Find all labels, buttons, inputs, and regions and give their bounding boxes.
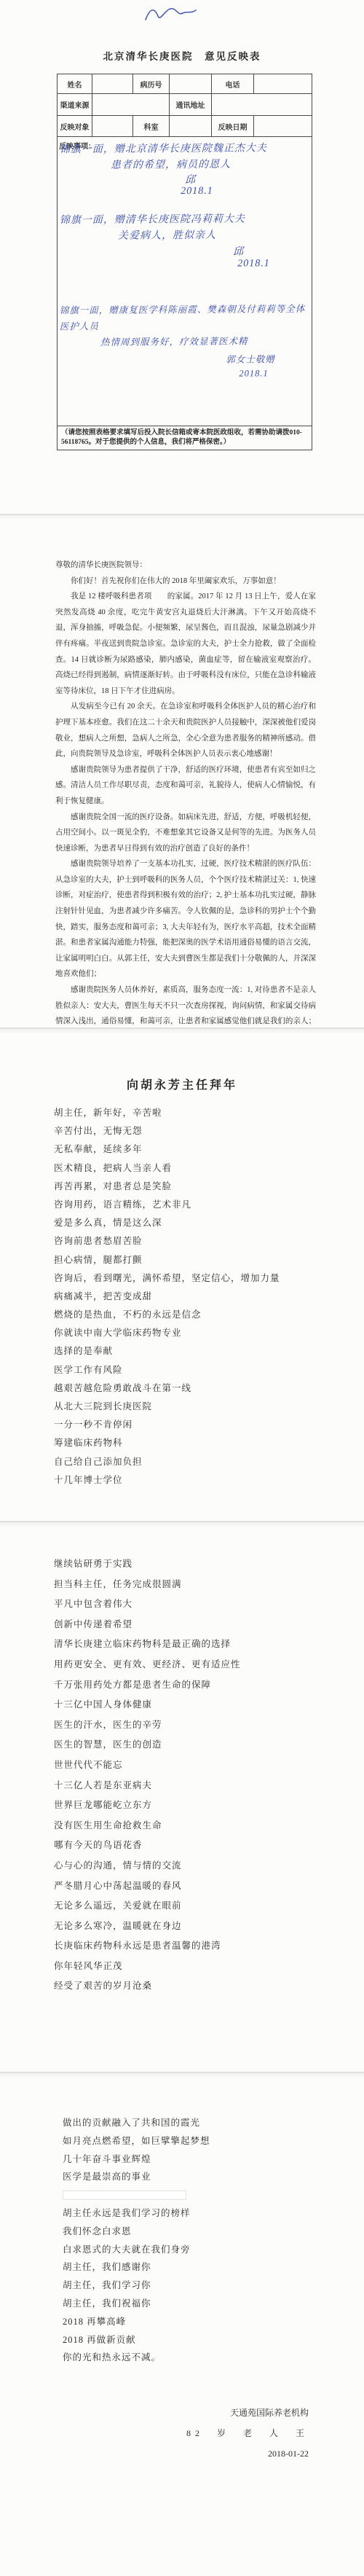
signature-author: 82 岁 老 人 王 bbox=[186, 2423, 309, 2443]
entry-signature: 郭女士敬赠 bbox=[226, 352, 309, 367]
field-label-name: 姓名 bbox=[58, 74, 92, 94]
form-title: 北京清华长庚医院 意见反映表 bbox=[0, 48, 364, 63]
poem-line: 我们怀念白求恩 bbox=[63, 2223, 342, 2241]
field-label-feedback-date: 反映日期 bbox=[212, 116, 254, 137]
field-value-department bbox=[170, 116, 212, 137]
poem-line: 你年轻风华正茂 bbox=[54, 1957, 342, 1977]
field-label-department: 科室 bbox=[133, 116, 170, 137]
poem-line: 胡主任永远是我们学习的榜样 bbox=[63, 2204, 342, 2223]
poem-line: 燃烧的是热血，不朽的永远是信念 bbox=[54, 1306, 342, 1324]
field-label-phone: 电话 bbox=[212, 74, 254, 94]
poem-line: 自己给自己添加负担 bbox=[54, 1453, 342, 1471]
thank-you-letter-page: 尊敬的清华长庚医院领导： 你们好！首先祝你们在伟大的 2018 年里阖家欢乐，万… bbox=[0, 514, 364, 1027]
poem-line: 越艰苦越危险勇敢战斗在第一线 bbox=[54, 1379, 342, 1398]
poem-lines: 做出的贡献融入了共和国的霞光如月亮点燃希望，如巨擘擎起梦想几十年奋斗事业辉煌医学… bbox=[0, 2114, 364, 2186]
poem-line: 世世代代不能忘 bbox=[54, 1755, 342, 1776]
poem-line: 选择的是奉献 bbox=[54, 1342, 342, 1361]
poem-line: 胡主任，我们祝福你 bbox=[63, 2295, 342, 2313]
poem-line: 白求恩式的大夫就在我们身旁 bbox=[63, 2241, 342, 2259]
entry-line: 锦旗一面，赠北京清华长庚医院魏正杰大夫 bbox=[60, 141, 309, 158]
entry-signature: 邱 bbox=[185, 174, 309, 186]
poem-title: 向胡永芳主任拜年 bbox=[0, 1076, 364, 1092]
field-value-channel bbox=[92, 94, 170, 116]
poem-lines: 胡主任，新年好，辛苦啦辛苦付出，无悔无怨无私奉献，延续多年医术精良，把病人当亲人… bbox=[0, 1104, 364, 1489]
poem-line: 世界巨龙哪能屹立东方 bbox=[54, 1796, 342, 1816]
poem-page-3: 做出的贡献融入了共和国的霞光如月亮点燃希望，如巨擘擎起梦想几十年奋斗事业辉煌医学… bbox=[0, 2072, 364, 2576]
poem-line: 筹建临床药物科 bbox=[54, 1434, 342, 1452]
scanned-document: 北京清华长庚医院 意见反映表 姓名 病历号 电话 渠道来源 通讯地址 bbox=[0, 0, 364, 2576]
letter-paragraph: 感谢贵院领导培养了一支基本功扎实，过硬，医疗技术精湛的医疗队伍：从急诊室的大夫，… bbox=[55, 856, 316, 982]
entry-line: 热情周到服务好，疗效显著医术精 bbox=[100, 333, 309, 351]
poem-line: 十三亿人若是东亚病夫 bbox=[54, 1776, 342, 1796]
entry-signature: 邱 bbox=[233, 246, 309, 259]
handwritten-entry: 锦旗一面，赠清华长庚医院冯莉莉大夫 关爱病人，胜似亲人 邱 2018.1 bbox=[60, 211, 310, 271]
poem-line: 千万张用药处方都是患者生命的保障 bbox=[54, 1675, 342, 1696]
field-value-phone bbox=[254, 74, 312, 94]
poem-line: 爱是多么真，情是这么深 bbox=[54, 1214, 342, 1232]
poem-line: 平凡中包含着伟大 bbox=[54, 1594, 342, 1615]
poem-line: 你就读中南大学临床药物专业 bbox=[54, 1324, 342, 1342]
poem-line: 医学是最崇高的事业 bbox=[63, 2168, 342, 2186]
poem-line: 一分一秒不肯停闲 bbox=[54, 1416, 342, 1434]
field-value-target bbox=[92, 116, 133, 137]
poem-line: 担心病情，腿都打颤 bbox=[54, 1251, 342, 1269]
table-row: 反映对象 科室 反映日期 bbox=[58, 116, 312, 137]
poem-line: 用药更安全、更有效、更经济、更有适应性 bbox=[54, 1655, 342, 1675]
entry-date: 2018.1 bbox=[181, 185, 309, 197]
poem-line: 胡主任，我们感谢你 bbox=[63, 2258, 342, 2276]
feedback-form-table: 姓名 病历号 电话 渠道来源 通讯地址 反映对象 科室 反映日期 bbox=[57, 74, 312, 450]
poem-line: 病痛减半，把苦变成甜 bbox=[54, 1288, 342, 1306]
field-label-address: 通讯地址 bbox=[170, 94, 212, 116]
letter-salutation: 尊敬的清华长庚医院领导： bbox=[55, 557, 316, 573]
letter-paragraph: 感谢贵院领导为患者提供了干净，舒适的医疗环境，使患者有宾至如归之感。清洁人员工作… bbox=[55, 762, 316, 810]
poem-page-2: 继续钻研勇于实践担当科主任，任务完成很圆满平凡中包含着伟大创新中传递着希望清华长… bbox=[0, 1521, 364, 2072]
poem-line: 无论多么遥远，关爱就在眼前 bbox=[54, 1896, 342, 1917]
poem-line: 咨询用药，语言精练，艺术非凡 bbox=[54, 1196, 342, 1214]
field-label-channel: 渠道来源 bbox=[58, 94, 92, 116]
signature-organization: 天通苑国际养老机构 bbox=[186, 2403, 309, 2423]
field-value-record-no bbox=[170, 74, 212, 94]
poem-line: 胡主任，我们学习你 bbox=[63, 2276, 342, 2295]
poem-line: 十三亿中国人身体健康 bbox=[54, 1695, 342, 1715]
poem-lines: 胡主任永远是我们学习的榜样我们怀念白求恩白求恩式的大夫就在我们身旁胡主任，我们感… bbox=[0, 2204, 364, 2367]
poem-line: 哪有今天的鸟语花香 bbox=[54, 1836, 342, 1856]
poem-line: 做出的贡献融入了共和国的霞光 bbox=[63, 2114, 342, 2132]
poem-line: 医生的汗水，医生的辛劳 bbox=[54, 1715, 342, 1736]
handwritten-entry: 锦旗一面，赠北京清华长庚医院魏正杰大夫 患者的希望，病员的恩人 邱 2018.1 bbox=[60, 141, 310, 197]
erased-line bbox=[63, 2186, 364, 2204]
entry-line: 锦旗一面，赠康复医学科陈丽霞、樊森朝及付莉莉等全体医护人员 bbox=[60, 301, 309, 334]
entry-date: 2018.1 bbox=[237, 258, 309, 270]
poem-line: 没有医生用生命抢救生命 bbox=[54, 1816, 342, 1836]
poem-line: 继续钻研勇于实践 bbox=[54, 1554, 342, 1575]
poem-page-1: 向胡永芳主任拜年 胡主任，新年好，辛苦啦辛苦付出，无悔无怨无私奉献，延续多年医术… bbox=[0, 1027, 364, 1521]
poem-line: 如月亮点燃希望，如巨擘擎起梦想 bbox=[63, 2132, 342, 2150]
poem-line: 严冬腊月心中荡起温暖的春风 bbox=[54, 1876, 342, 1897]
entry-line: 患者的希望，病员的恩人 bbox=[111, 157, 309, 174]
feedback-form-page: 北京清华长庚医院 意见反映表 姓名 病历号 电话 渠道来源 通讯地址 bbox=[0, 0, 364, 514]
poem-line: 医生的智慧，医生的创造 bbox=[54, 1735, 342, 1755]
poem-signature-block: 天通苑国际养老机构 82 岁 老 人 王 2018-01-22 bbox=[186, 2403, 309, 2464]
poem-line: 你的光和热永远不减。 bbox=[63, 2349, 342, 2367]
signature-date: 2018-01-22 bbox=[186, 2443, 309, 2464]
letter-paragraph: 感谢贵院全国一流的医疗设备。如病床先进，舒适，方便，呼吸机轻便，占用空间小。以一… bbox=[55, 810, 316, 857]
poem-line: 长庚临床药物科永远是患者温馨的港湾 bbox=[54, 1936, 342, 1957]
poem-lines: 继续钻研勇于实践担当科主任，任务完成很圆满平凡中包含着伟大创新中传递着希望清华长… bbox=[0, 1554, 364, 1997]
poem-line: 心与心的沟通，情与情的交流 bbox=[54, 1856, 342, 1876]
field-value-address bbox=[212, 94, 312, 116]
poem-line: 再苦再累，对患者总是笑脸 bbox=[54, 1178, 342, 1196]
field-value-name bbox=[92, 74, 133, 94]
poem-line: 担当科主任，任务完成很圆满 bbox=[54, 1575, 342, 1595]
poem-line: 2018 再攀高峰 bbox=[63, 2313, 342, 2331]
table-row: 反映事项： 锦旗一面，赠北京清华长庚医院魏正杰大夫 患者的希望，病员的恩人 邱 … bbox=[58, 137, 312, 426]
poem-line: 从北大三院到长庚医院 bbox=[54, 1398, 342, 1416]
poem-line: 清华长庚建立临床药物科是最正确的选择 bbox=[54, 1635, 342, 1655]
poem-line: 几十年奋斗事业辉煌 bbox=[63, 2150, 342, 2169]
poem-line: 辛苦付出，无悔无怨 bbox=[54, 1122, 342, 1140]
table-row: 渠道来源 通讯地址 bbox=[58, 94, 312, 116]
poem-line: 十几年博士学位 bbox=[54, 1471, 342, 1489]
poem-line: 胡主任，新年好，辛苦啦 bbox=[54, 1104, 342, 1122]
poem-line: 医学工作有风险 bbox=[54, 1361, 342, 1379]
letter-paragraph: 从发病至今已有 20 余天。在急诊室和呼吸科全体医护人员的精心治疗和护理下基本痊… bbox=[55, 699, 316, 762]
poem-line: 无论多么寒冷，温暖就在身边 bbox=[54, 1917, 342, 1937]
correction-tape-patch bbox=[63, 2191, 186, 2200]
poem-line: 医术精良，把病人当亲人看 bbox=[54, 1159, 342, 1178]
entry-line: 锦旗一面，赠清华长庚医院冯莉莉大夫 bbox=[60, 211, 309, 229]
entry-line: 关爱病人，胜似亲人 bbox=[118, 227, 309, 245]
field-value-feedback-date bbox=[254, 116, 312, 137]
table-row: （请您按照表格要求填写后投入院长信箱或寄本院医政组收，若需协助请拨010-561… bbox=[58, 426, 312, 450]
letter-paragraph: 我是 12 楼呼吸科患者项 的家属。2017 年 12 月 13 日上午，爱人在… bbox=[55, 589, 316, 699]
poem-line: 经受了艰苦的岁月沧桑 bbox=[54, 1976, 342, 1997]
field-label-target: 反映对象 bbox=[58, 116, 92, 137]
poem-line: 2018 再做新贡献 bbox=[63, 2331, 342, 2349]
poem-line: 咨询前患者愁眉苦脸 bbox=[54, 1232, 342, 1250]
feedback-matters-cell: 反映事项： 锦旗一面，赠北京清华长庚医院魏正杰大夫 患者的希望，病员的恩人 邱 … bbox=[58, 137, 312, 426]
letter-paragraph: 你们好！首先祝你们在伟大的 2018 年里阖家欢乐，万事如意！ bbox=[55, 573, 316, 590]
table-row: 姓名 病历号 电话 bbox=[58, 74, 312, 94]
poem-line: 创新中传递着希望 bbox=[54, 1615, 342, 1635]
handwritten-scribble bbox=[143, 4, 199, 26]
poem-line: 无私奉献，延续多年 bbox=[54, 1140, 342, 1159]
form-footer-note: （请您按照表格要求填写后投入院长信箱或寄本院医政组收，若需协助请拨010-561… bbox=[58, 426, 312, 450]
entry-date: 2018.1 bbox=[239, 367, 309, 380]
field-label-record-no: 病历号 bbox=[133, 74, 170, 94]
handwritten-entry: 锦旗一面，赠康复医学科陈丽霞、樊森朝及付莉莉等全体医护人员 热情周到服务好，疗效… bbox=[60, 301, 310, 381]
poem-line: 咨询后，看到曙光，满怀希望，坚定信心，增加力量 bbox=[54, 1269, 342, 1288]
